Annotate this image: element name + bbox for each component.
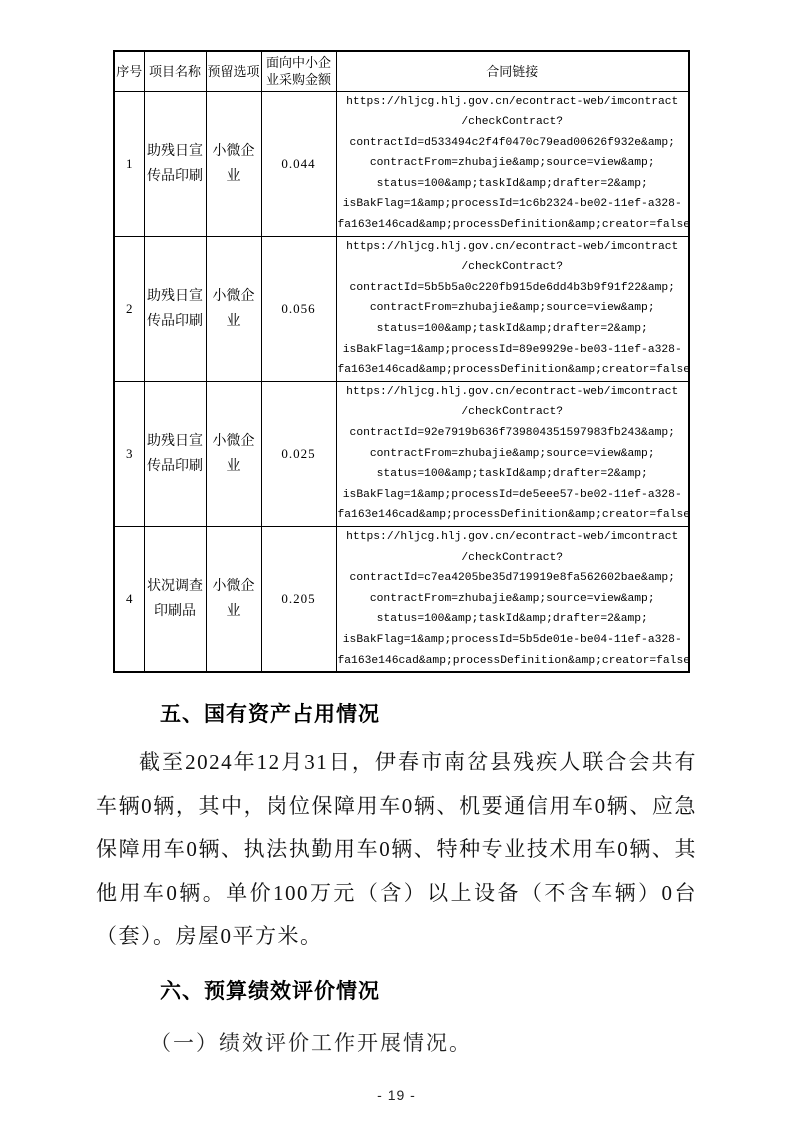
cell-contract-link: https://hljcg.hlj.gov.cn/econtract-web/i…	[336, 91, 689, 236]
cell-seq: 2	[114, 236, 144, 381]
cell-reserved-option: 小微企 业	[206, 381, 261, 526]
col-header-sme-amount: 面向中小企 业采购金额	[261, 51, 336, 91]
page-number: - 19 -	[0, 1087, 793, 1103]
section-5-heading: 五、国有资产占用情况	[96, 701, 697, 729]
section-6-subsection-heading: （一）绩效评价工作开展情况。	[96, 1028, 697, 1058]
cell-sme-amount: 0.025	[261, 381, 336, 526]
section-5-paragraph: 截至2024年12月31日，伊春市南岔县残疾人联合会共有车辆0辆，其中，岗位保障…	[96, 741, 697, 959]
cell-project-name: 助残日宣 传品印刷	[144, 236, 206, 381]
cell-seq: 3	[114, 381, 144, 526]
table-row: 1 助残日宣 传品印刷 小微企 业 0.044 https://hljcg.hl…	[114, 91, 689, 236]
section-6-heading: 六、预算绩效评价情况	[96, 978, 697, 1006]
col-header-project-name: 项目名称	[144, 51, 206, 91]
table-header-row: 序号 项目名称 预留选项 面向中小企 业采购金额 合同链接	[114, 51, 689, 91]
col-header-seq: 序号	[114, 51, 144, 91]
cell-seq: 1	[114, 91, 144, 236]
cell-contract-link: https://hljcg.hlj.gov.cn/econtract-web/i…	[336, 526, 689, 672]
table-row: 3 助残日宣 传品印刷 小微企 业 0.025 https://hljcg.hl…	[114, 381, 689, 526]
cell-contract-link: https://hljcg.hlj.gov.cn/econtract-web/i…	[336, 381, 689, 526]
col-header-contract-link: 合同链接	[336, 51, 689, 91]
cell-reserved-option: 小微企 业	[206, 236, 261, 381]
document-page: 序号 项目名称 预留选项 面向中小企 业采购金额 合同链接 1 助残日宣 传品印…	[0, 0, 793, 1122]
procurement-contracts-table: 序号 项目名称 预留选项 面向中小企 业采购金额 合同链接 1 助残日宣 传品印…	[113, 50, 690, 673]
cell-sme-amount: 0.044	[261, 91, 336, 236]
cell-sme-amount: 0.205	[261, 526, 336, 672]
col-header-reserved-option: 预留选项	[206, 51, 261, 91]
cell-contract-link: https://hljcg.hlj.gov.cn/econtract-web/i…	[336, 236, 689, 381]
cell-seq: 4	[114, 526, 144, 672]
table-row: 4 状况调查 印刷品 小微企 业 0.205 https://hljcg.hlj…	[114, 526, 689, 672]
table-row: 2 助残日宣 传品印刷 小微企 业 0.056 https://hljcg.hl…	[114, 236, 689, 381]
cell-reserved-option: 小微企 业	[206, 526, 261, 672]
cell-project-name: 状况调查 印刷品	[144, 526, 206, 672]
cell-project-name: 助残日宣 传品印刷	[144, 91, 206, 236]
cell-sme-amount: 0.056	[261, 236, 336, 381]
cell-reserved-option: 小微企 业	[206, 91, 261, 236]
cell-project-name: 助残日宣 传品印刷	[144, 381, 206, 526]
